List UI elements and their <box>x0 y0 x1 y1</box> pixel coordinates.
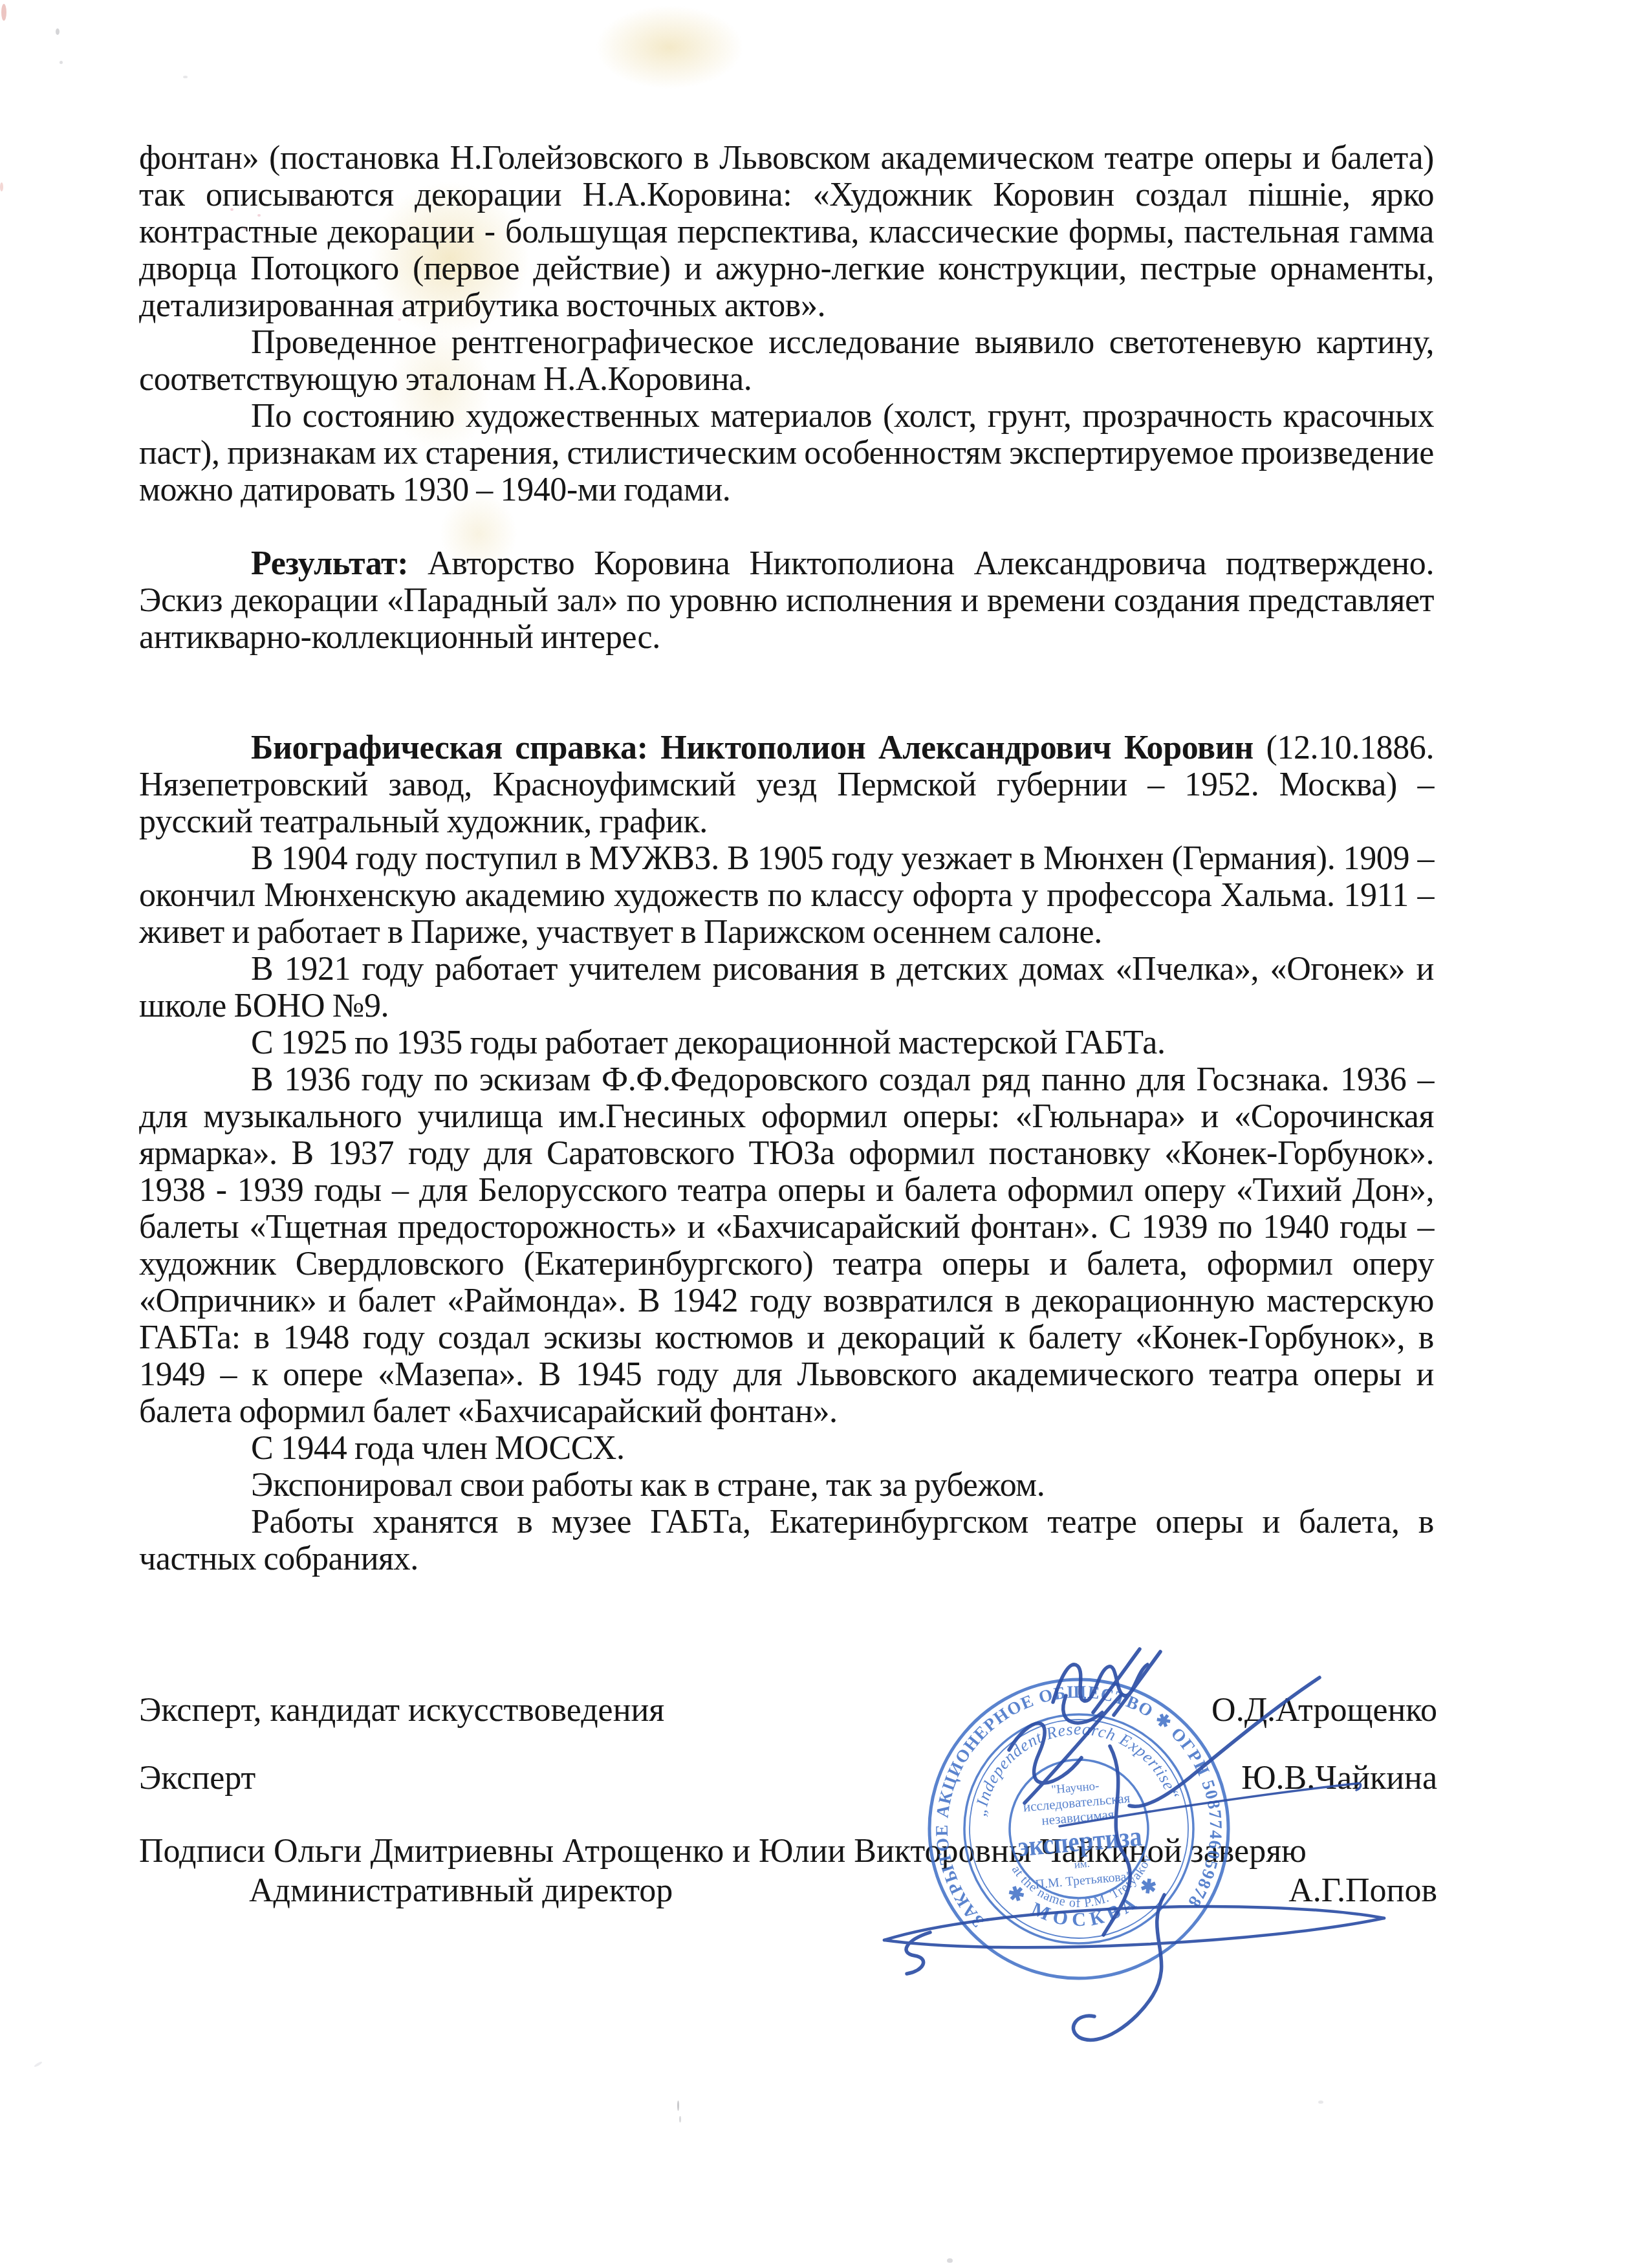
scanned-document-page: фонтан» (постановка Н.Голейзовского в Ль… <box>0 0 1650 2268</box>
paragraph: По состоянию художественных материалов (… <box>139 398 1434 508</box>
scan-speck <box>1 4 6 21</box>
paragraph-text: В 1936 году по эскизам Ф.Ф.Федоровского … <box>139 1061 1434 1430</box>
signature-name: А.Г.Попов <box>1288 1872 1437 1909</box>
paragraph-text: С 1925 по 1935 годы работает декорационн… <box>251 1024 1166 1061</box>
paragraph-text: С 1944 года член МОССХ. <box>251 1430 625 1467</box>
signature-popov-hook <box>906 1932 930 1974</box>
paragraph: С 1925 по 1935 годы работает декорационн… <box>139 1024 1434 1061</box>
paragraph-lead: Биографическая справка: Никтополион Алек… <box>251 729 1254 766</box>
scan-speck <box>183 76 188 78</box>
signature-row-director: Административный директор А.Г.Попов <box>139 1872 1437 1909</box>
signature-name: Ю.В.Чайкина <box>1241 1760 1437 1797</box>
paragraph-text: Проведенное рентгенографическое исследов… <box>139 324 1434 398</box>
scan-speck <box>244 228 246 230</box>
signature-label: Эксперт <box>139 1760 255 1797</box>
signature-certification-line: Подписи Ольги Дмитриевны Атрощенко и Юли… <box>139 1833 1437 1870</box>
signature-row-expert-2: Эксперт Ю.В.Чайкина <box>139 1760 1437 1797</box>
paragraph-text: В 1904 году поступил в МУЖВЗ. В 1905 год… <box>139 840 1434 951</box>
scan-speck <box>679 2116 681 2122</box>
signature-label: Административный директор <box>139 1872 673 1909</box>
paragraph: В 1921 году работает учителем рисования … <box>139 951 1434 1024</box>
paragraph: В 1936 году по эскизам Ф.Ф.Федоровского … <box>139 1061 1434 1430</box>
signature-row-expert-1: Эксперт, кандидат искусствоведения О.Д.А… <box>139 1692 1437 1729</box>
paragraph-text: В 1921 году работает учителем рисования … <box>139 951 1434 1024</box>
signature-label: Эксперт, кандидат искусствоведения <box>139 1692 664 1729</box>
scan-speck <box>60 61 63 64</box>
paragraph: Проведенное рентгенографическое исследов… <box>139 324 1434 398</box>
scan-speck <box>1318 2101 1323 2104</box>
scan-speck <box>947 2258 953 2263</box>
paragraph-text: Работы хранятся в музее ГАБТа, Екатеринб… <box>139 1504 1434 1577</box>
paragraph: Работы хранятся в музее ГАБТа, Екатеринб… <box>139 1504 1434 1577</box>
paragraph: фонтан» (постановка Н.Голейзовского в Ль… <box>139 140 1434 324</box>
paragraph: Экспонировал свои работы как в стране, т… <box>139 1467 1434 1504</box>
scan-speck <box>398 318 401 321</box>
stamp-center-line: им. <box>1074 1857 1091 1871</box>
scan-speck <box>34 2061 43 2068</box>
scan-speck <box>274 230 277 233</box>
scan-speck <box>257 214 261 217</box>
paragraph: В 1904 году поступил в МУЖВЗ. В 1905 год… <box>139 840 1434 951</box>
paragraph-bio: Биографическая справка: Никтополион Алек… <box>139 729 1434 840</box>
scan-speck <box>0 182 3 191</box>
signature-block: Эксперт, кандидат искусствоведения О.Д.А… <box>139 1692 1437 1909</box>
paragraph-text: Экспонировал свои работы как в стране, т… <box>251 1467 1045 1504</box>
document-body: фонтан» (постановка Н.Голейзовского в Ль… <box>139 140 1434 1577</box>
scan-speck <box>56 28 60 35</box>
stamp-center-title: экспертиза <box>1017 1820 1144 1863</box>
scan-speck <box>230 208 233 211</box>
signature-name: О.Д.Атрощенко <box>1211 1692 1437 1729</box>
paragraph-text: По состоянию художественных материалов (… <box>139 398 1434 508</box>
scan-speck <box>677 2101 679 2111</box>
paragraph-result: Результат: Авторство Коровина Никтополио… <box>139 545 1434 656</box>
paragraph-lead: Результат: <box>251 545 408 582</box>
scan-stain <box>595 5 744 89</box>
official-stamp: ЗАКРЫТОЕ АКЦИОНЕРНОЕ ОБЩЕСТВО ✱ ОГРН 508… <box>912 1662 1246 1996</box>
paragraph-text: фонтан» (постановка Н.Голейзовского в Ль… <box>139 140 1434 324</box>
paragraph: С 1944 года член МОССХ. <box>139 1430 1434 1467</box>
